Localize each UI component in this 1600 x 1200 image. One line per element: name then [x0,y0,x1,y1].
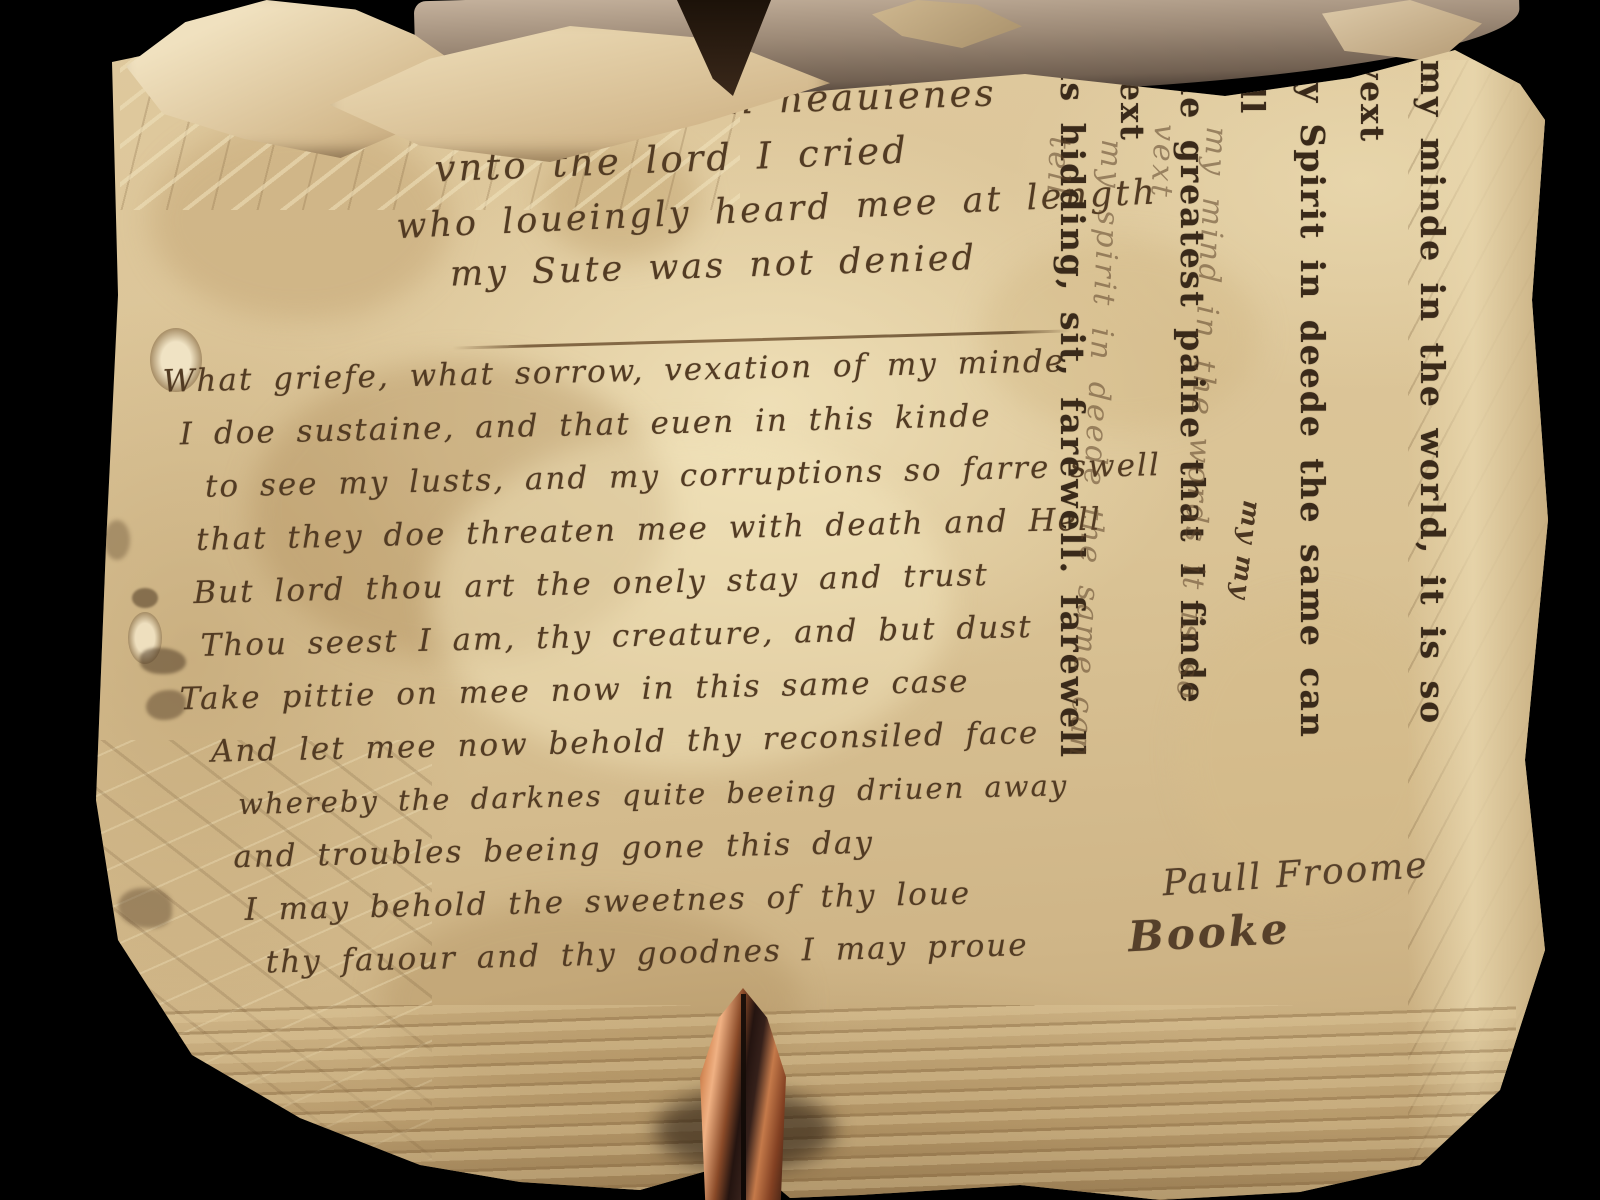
manuscript-page: In trouble and in heauienes vnto the lor… [0,0,1600,1200]
vertical-marginal-text: my minde in the world, it is so vext my … [1214,46,1462,804]
inscription-line: Booke [1127,894,1489,962]
vertical-line: my minde in the world, it is so vext [1342,60,1462,804]
ownership-inscription: Paull Froome Booke [1128,852,1488,952]
manuscript-photo: In trouble and in heauienes vnto the lor… [0,0,1600,1200]
ink-blot [104,520,130,560]
ink-blot [132,588,158,608]
